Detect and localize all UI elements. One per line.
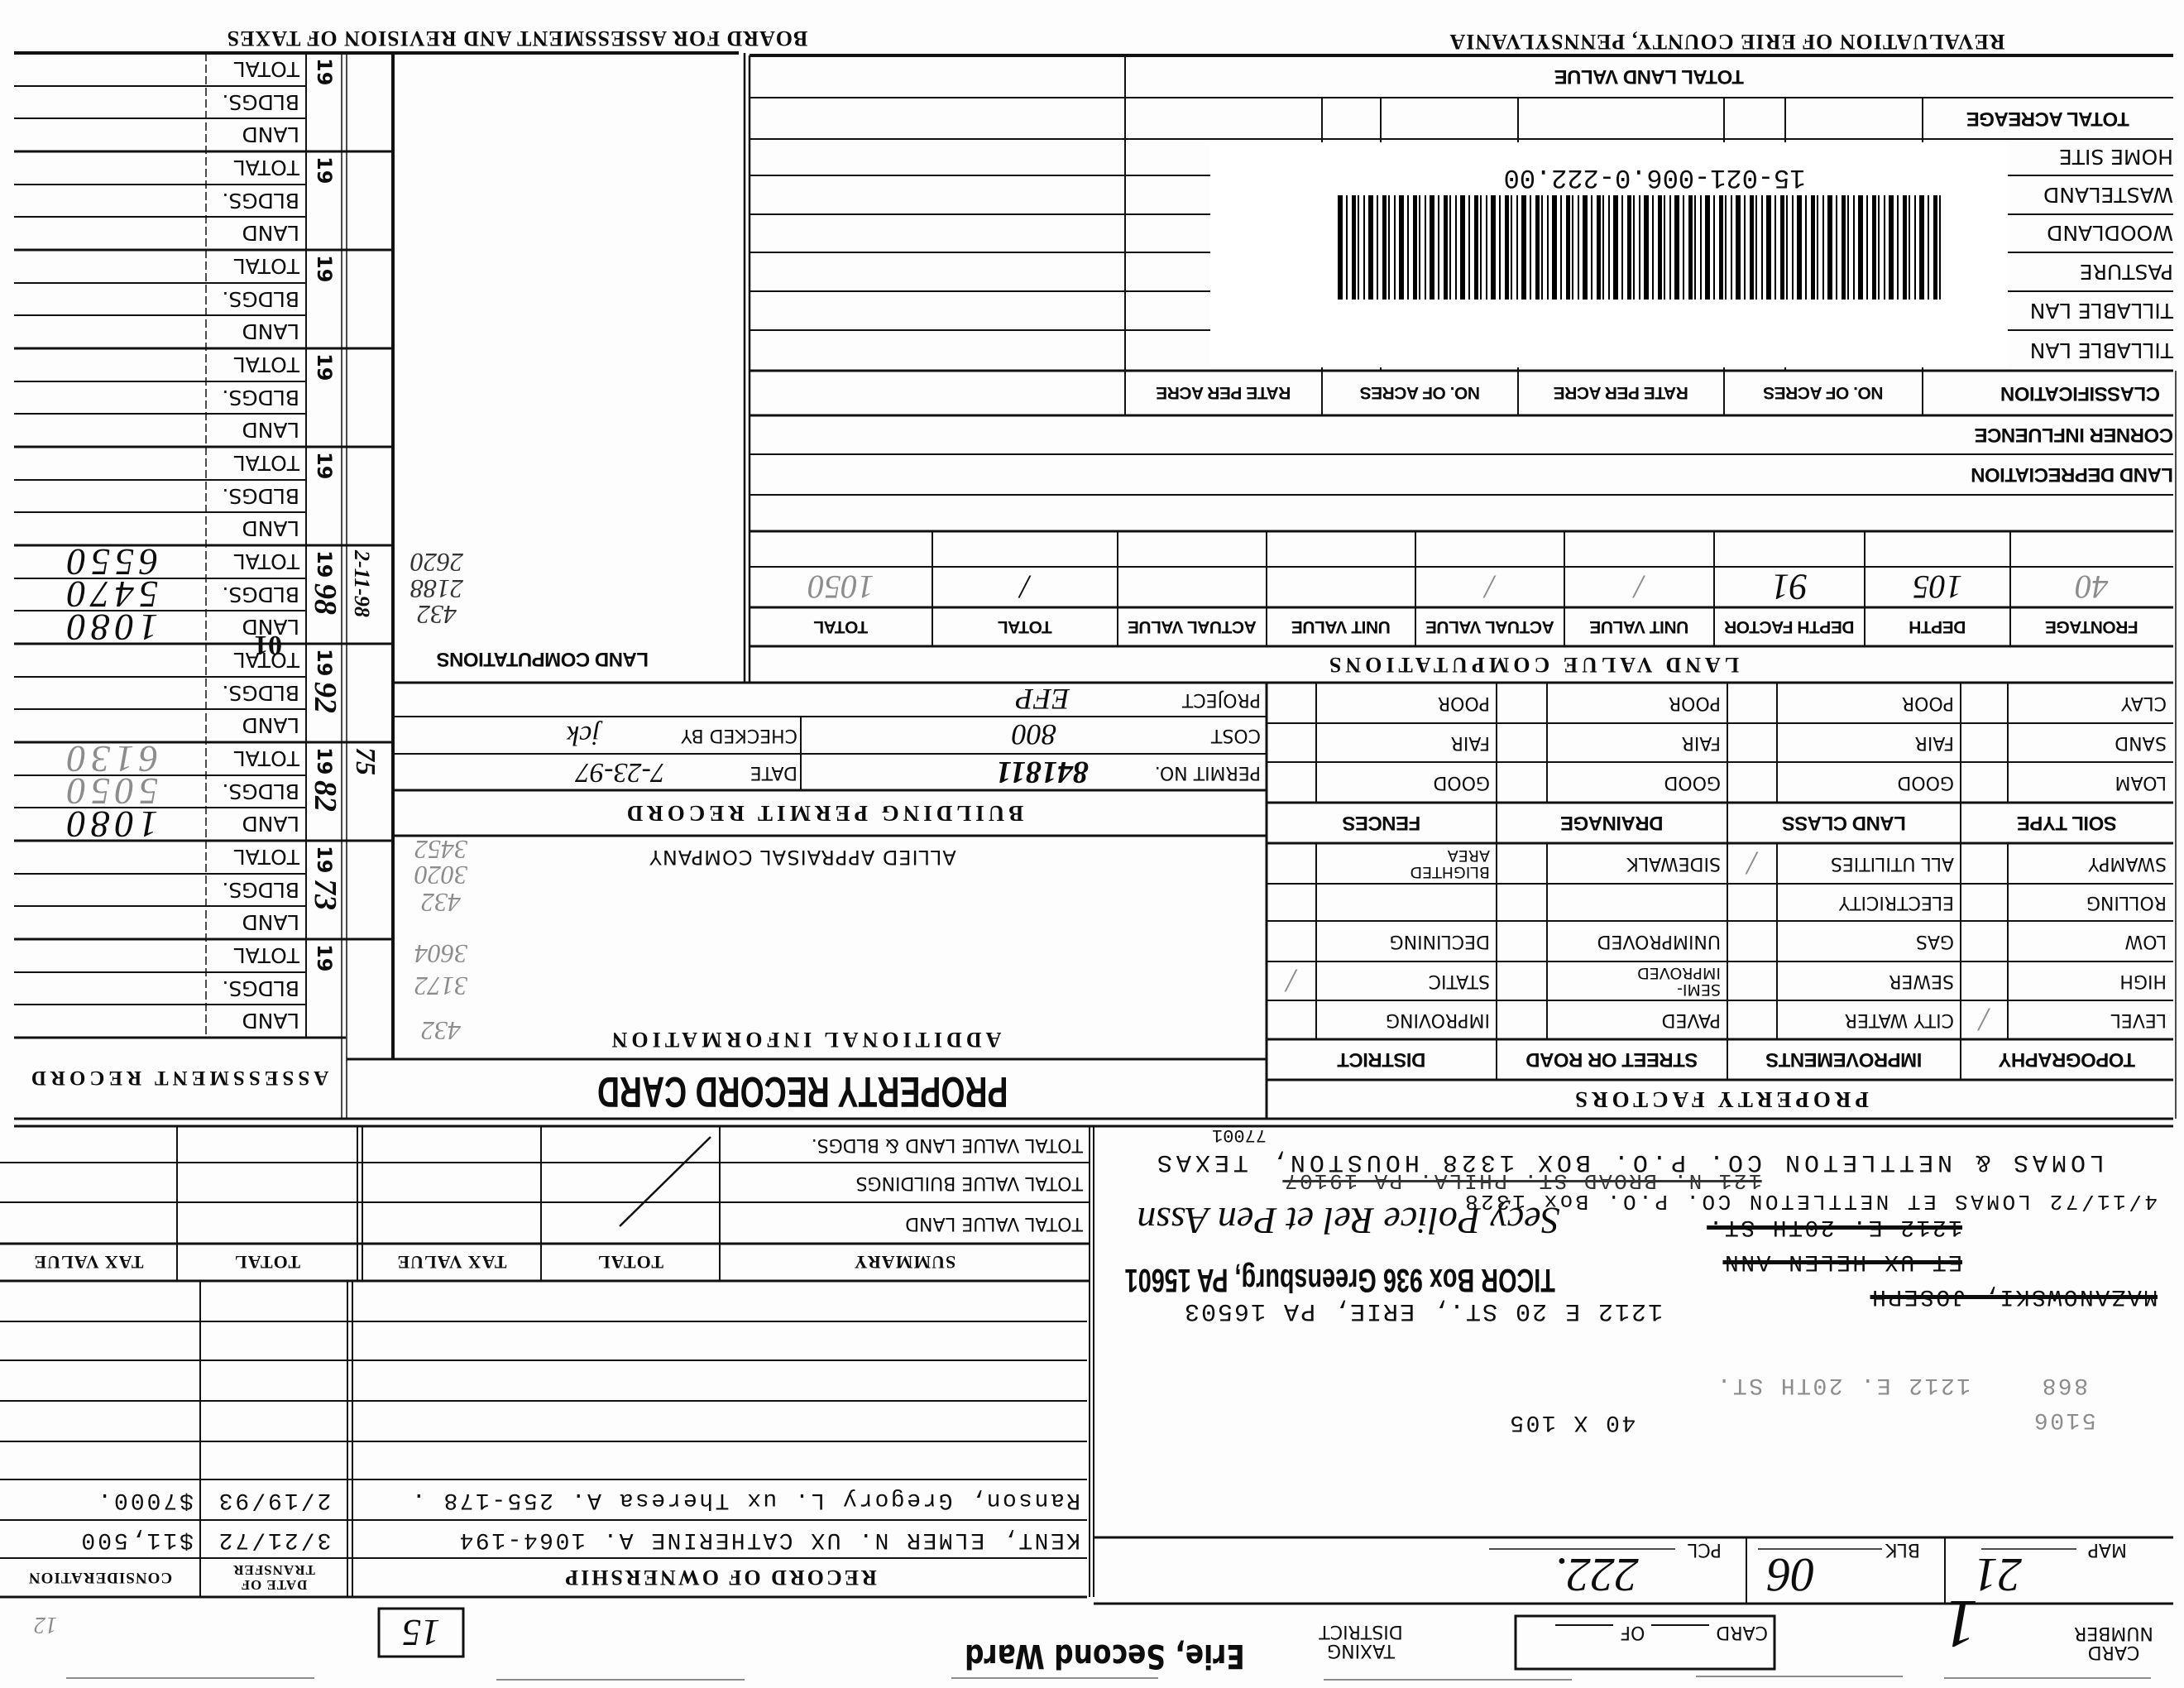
assessment-value-bldgs	[14, 381, 206, 414]
classification-row-tillable: TILLABLE LAN	[1969, 330, 2173, 371]
street-semi-improved: SEMI- IMPROVED	[1547, 961, 1727, 1000]
assessment-value-total	[14, 447, 206, 480]
assessment-label-bldgs: BLDGS.	[206, 86, 306, 118]
assessment-value-total	[14, 644, 206, 677]
topography-high: HIGH	[2008, 961, 2173, 1000]
owner-row-kent: KENT, ELMER N. UX CATHERINE A. 1064-194	[352, 1520, 1087, 1558]
total-header: TOTAL	[750, 607, 932, 646]
summary-header: SUMMARY	[720, 1244, 1090, 1281]
land-computations-title: LAND COMPUTATIONS	[397, 644, 688, 674]
mailing-handwritten-note: Secy Police Rel et Pen Assn	[1092, 1192, 1605, 1249]
assessment-value-total	[14, 348, 206, 381]
consideration: $7000.	[0, 1479, 200, 1520]
assessment-value-bldgs	[14, 283, 206, 315]
frontage-value: 40	[2010, 567, 2173, 607]
land-value-computations-title: LAND VALUE COMPUTATIONS	[1241, 646, 1823, 683]
street-paved: PAVED	[1547, 1000, 1727, 1039]
land-class-header: LAND CLASS	[1727, 803, 1961, 843]
assessment-value-bldgs	[14, 874, 206, 906]
assessment-label-land: LAND	[206, 906, 306, 939]
assessment-label-total: TOTAL	[206, 151, 306, 185]
depth-factor-value: 91	[1714, 567, 1865, 607]
assessment-value-total	[14, 250, 206, 283]
summary-total-header: TOTAL	[541, 1244, 720, 1281]
classification-header: CLASSIFICATION	[1923, 371, 2173, 415]
ownership-title: RECORD OF OWNERSHIP	[352, 1558, 1087, 1597]
assessment-label-land: LAND	[206, 414, 306, 447]
assessment-mark: 01	[245, 629, 291, 660]
additional-figure: 3604	[395, 941, 486, 967]
improvements-city-water: CITY WATER	[1777, 1000, 1961, 1039]
summary-tax-value-header: TAX VALUE	[0, 1244, 177, 1281]
ticor-stamp-text: TICOR Box 936 Greensburg, PA 15601	[1125, 1262, 1555, 1299]
assessment-label-land: LAND	[206, 808, 306, 841]
district-declining: DECLINING	[1316, 921, 1497, 961]
unit-value-header: UNIT VALUE	[1267, 607, 1415, 646]
assessment-label-bldgs: BLDGS.	[206, 874, 306, 906]
depth-header: DEPTH	[1865, 607, 2010, 646]
assessment-value-land: 1080	[14, 808, 206, 841]
summary-row-buildings: TOTAL VALUE BUILDINGS	[720, 1163, 1090, 1202]
summary-total-header: TOTAL	[177, 1244, 357, 1281]
assessment-value-land	[14, 709, 206, 742]
pcl-value: 222.	[1514, 1546, 1679, 1604]
street-blank	[1547, 884, 1727, 921]
location-street: 1212 E. 20TH ST.	[1696, 1369, 1977, 1399]
assessment-date: 2-11-98	[351, 550, 372, 617]
fences-fair: FAIR	[1316, 723, 1497, 762]
assessment-label-land: LAND	[206, 709, 306, 742]
assessment-label-total: TOTAL	[206, 348, 306, 381]
assessment-label-total: TOTAL	[206, 447, 306, 480]
additional-information-title: ADDITIONAL INFORMATION	[579, 1023, 1030, 1056]
assessment-label-land: LAND	[206, 118, 306, 151]
land-computation-figure: 2188	[395, 576, 478, 602]
topography-low: LOW	[2008, 921, 2173, 961]
transfer-date: 3/21/72	[200, 1520, 347, 1558]
taxing-district-value: Erie, Second Ward	[965, 1637, 1245, 1675]
assessment-record-title: ASSESSMENT RECORD	[14, 1057, 342, 1099]
drainage-poor: POOR	[1547, 683, 1727, 723]
assessment-label-total: TOTAL	[206, 841, 306, 874]
improvements-electricity: ELECTRICITY	[1777, 884, 1961, 921]
transfer-date: 2/19/93	[200, 1479, 347, 1520]
improvements-header: IMPROVEMENTS	[1727, 1039, 1961, 1080]
actual-value-header: ACTUAL VALUE	[1118, 607, 1267, 646]
improvements-gas: GAS	[1777, 921, 1961, 961]
permit-date-value: 7-23-97	[546, 754, 695, 790]
assessment-label-bldgs: BLDGS.	[206, 578, 306, 611]
card-of-blank	[1651, 1624, 1709, 1639]
assessment-value-total	[14, 53, 206, 86]
depth-value: 105	[1865, 567, 2010, 607]
assessment-value-total	[14, 151, 206, 185]
year-prefix: 19	[314, 156, 334, 184]
drainage-header: DRAINAGE	[1497, 803, 1727, 843]
taxing-district: Erie, Second Ward	[935, 1634, 1274, 1677]
revaluation-title: REVALUATION OF ERIE COUNTY, PENNSYLVANIA	[1390, 26, 2064, 56]
district-static: STATIC	[1316, 961, 1497, 1000]
assessment-value-land	[14, 906, 206, 939]
district-blighted-area: BLIGHTED AREA	[1316, 843, 1497, 884]
year-prefix: 19	[314, 649, 334, 676]
assessment-label-total: TOTAL	[206, 53, 306, 86]
project-value: EFP	[968, 683, 1117, 717]
district-blank	[1316, 884, 1497, 921]
assessment-value-bldgs	[14, 480, 206, 512]
assessment-value-total	[14, 841, 206, 874]
assessment-year: 73	[309, 879, 341, 910]
ticor-stamp: TICOR Box 936 Greensburg, PA 15601	[1092, 1261, 1588, 1299]
assessment-value-land	[14, 217, 206, 250]
blk-value: 06	[1746, 1546, 1837, 1604]
actual-value-value: /	[1415, 567, 1564, 607]
district-header: DISTRICT	[1267, 1039, 1497, 1080]
checked-by-label: CHECKED BY	[692, 717, 801, 754]
card-of-of-label: OF	[1620, 1623, 1645, 1641]
owner-spouse-struck: ET UX HELEN ANN	[1696, 1246, 1969, 1276]
corner-influence-label: CORNER INFLUENCE	[1820, 415, 2173, 454]
street-sidewalk: SIDEWALK	[1547, 843, 1727, 884]
assessment-value-land	[14, 414, 206, 447]
topography-rolling: ROLLING	[2008, 884, 2173, 921]
assessment-label-total: TOTAL	[206, 742, 306, 775]
permit-no-value: 841811	[968, 754, 1117, 790]
date-of-transfer-header: DATE OF TRANSFER	[200, 1558, 347, 1597]
total-header: TOTAL	[932, 607, 1118, 646]
assessment-year: 92	[309, 682, 341, 713]
frontage-header: FRONTAGE	[2010, 607, 2173, 646]
map-label: MAP	[2027, 1537, 2173, 1561]
additional-figure: 3020	[395, 862, 486, 889]
assessment-label-land: LAND	[206, 315, 306, 348]
assessment-label-land: LAND	[206, 217, 306, 250]
summary-tax-value-header: TAX VALUE	[362, 1244, 541, 1281]
classification-row-home-site: HOME SITE	[1969, 139, 2173, 175]
actual-value-header: ACTUAL VALUE	[1415, 607, 1564, 646]
location-house-code: 868	[2019, 1369, 2110, 1399]
permit-date-label: DATE	[728, 754, 801, 790]
land-computation-figure: 2620	[395, 549, 478, 576]
assessment-value-land	[14, 315, 206, 348]
improvements-all-utilities: ALL UTILITIES	[1777, 843, 1961, 884]
unit-value-header: UNIT VALUE	[1564, 607, 1714, 646]
assessment-label-bldgs: BLDGS.	[206, 775, 306, 808]
assessment-value-total	[14, 939, 206, 972]
topography-header: TOPOGRAPHY	[1961, 1039, 2173, 1080]
building-permit-title: BUILDING PERMIT RECORD	[579, 790, 1067, 836]
summary-row-land-bldgs: TOTAL VALUE LAND & BLDGS.	[720, 1126, 1090, 1163]
permit-no-label: PERMIT NO.	[1118, 754, 1264, 790]
assessment-year: 82	[309, 780, 341, 812]
year-prefix: 19	[314, 747, 334, 774]
mailing-current-address: 1212 E 20 ST., ERIE, PA 16503	[1158, 1295, 1688, 1326]
corner-note: 12	[25, 1612, 66, 1637]
no-of-acres-header: NO. OF ACRES	[1724, 371, 1923, 415]
owner-name-struck: MAZANOWSKI, JOSEPH	[1696, 1281, 2167, 1311]
street-unimproved: UNIMPROVED	[1547, 921, 1727, 961]
soil-type-clay: CLAY	[2008, 683, 2173, 723]
total-land-value-label: TOTAL LAND VALUE	[1125, 55, 2173, 98]
fences-poor: POOR	[1316, 683, 1497, 723]
street-or-road-header: STREET OR ROAD	[1497, 1039, 1727, 1080]
year-prefix: 19	[314, 846, 334, 873]
unit-value-value: /	[1564, 567, 1714, 607]
year-prefix: 19	[314, 452, 334, 479]
land-class-poor: POOR	[1777, 683, 1961, 723]
additional-figure: 432	[395, 1018, 486, 1044]
card-title: PROPERTY RECORD CARD	[529, 1066, 1075, 1117]
assessment-value-bldgs	[14, 86, 206, 118]
assessment-label-land: LAND	[206, 512, 306, 545]
rate-per-acre-header: RATE PER ACRE	[1125, 371, 1322, 415]
assessment-value-bldgs	[14, 677, 206, 709]
assessment-date: 75	[351, 747, 379, 775]
soil-type-loam: LOAM	[2008, 762, 2173, 803]
total-value: /	[932, 567, 1118, 607]
check-mark-level: /	[1961, 1000, 2008, 1039]
cost-value: 800	[960, 717, 1109, 754]
board-title: BOARD FOR ASSESSMENT AND REVISION OF TAX…	[165, 23, 869, 53]
fences-header: FENCES	[1267, 803, 1497, 843]
consideration-header: CONSIDERATION	[0, 1558, 200, 1597]
assessment-label-bldgs: BLDGS.	[206, 283, 306, 315]
barcode-icon	[1338, 195, 1944, 300]
summary-row-land: TOTAL VALUE LAND	[720, 1202, 1090, 1244]
soil-type-sand: SAND	[2008, 723, 2173, 762]
cost-label: COST	[1118, 717, 1264, 754]
rate-per-acre-header: RATE PER ACRE	[1518, 371, 1724, 415]
land-class-fair: FAIR	[1777, 723, 1961, 762]
taxing-district-label: TAXING DISTRICT	[1291, 1620, 1431, 1662]
check-mark-static: /	[1267, 961, 1316, 1000]
assessment-year: 98	[309, 583, 341, 615]
card-of-total-blank	[1555, 1624, 1613, 1639]
year-prefix: 19	[314, 550, 334, 578]
unit-value-value	[1267, 567, 1415, 607]
soil-type-header: SOIL TYPE	[1961, 803, 2173, 843]
district-improving: IMPROVING	[1316, 1000, 1497, 1039]
year-prefix: 19	[314, 944, 334, 971]
classification-row-wasteland: WASTELAND	[1969, 175, 2173, 214]
assessment-value-land: 1080	[14, 611, 206, 644]
assessment-label-bldgs: BLDGS.	[206, 381, 306, 414]
depth-factor-header: DEPTH FACTOR	[1714, 607, 1865, 646]
drainage-good: GOOD	[1547, 762, 1727, 803]
no-of-acres-header: NO. OF ACRES	[1322, 371, 1518, 415]
drainage-fair: FAIR	[1547, 723, 1727, 762]
assessment-label-total: TOTAL	[206, 545, 306, 578]
assessment-label-bldgs: BLDGS.	[206, 185, 306, 217]
topography-swampy: SWAMPY	[2008, 843, 2173, 884]
assessment-value-land	[14, 1005, 206, 1038]
assessment-label-total: TOTAL	[206, 939, 306, 972]
card-title-text: PROPERTY RECORD CARD	[597, 1067, 1008, 1116]
classification-row-woodland: WOODLAND	[1969, 214, 2173, 252]
card-number-value: 1	[1940, 1585, 1981, 1663]
card-of-card-label: CARD	[1716, 1623, 1768, 1641]
lot-size: 40 X 105	[1506, 1407, 1638, 1436]
land-computation-figure: 432	[395, 602, 478, 628]
year-prefix: 19	[314, 255, 334, 282]
lot-code: 5106	[2019, 1404, 2110, 1434]
classification-row-tillable: TILLABLE LAN	[1969, 291, 2173, 330]
blk-label: BLK	[1870, 1537, 1945, 1561]
assessment-value-land	[14, 512, 206, 545]
additional-figure: 3172	[395, 973, 486, 1000]
assessment-value-bldgs	[14, 185, 206, 217]
check-mark-all-utilities: /	[1727, 843, 1777, 884]
owner-row-ranson: Ranson, Gregory L. ux Theresa A. 255-178…	[352, 1479, 1087, 1520]
actual-value-value	[1118, 567, 1267, 607]
card-of-field: CARDOF	[1519, 1618, 1771, 1646]
assessment-value-bldgs	[14, 972, 206, 1005]
property-record-card: BOARD FOR ASSESSMENT AND REVISION OF TAX…	[0, 0, 2184, 1688]
owner-address-struck: 1212 E. 20TH ST.	[1696, 1211, 1969, 1241]
assessment-label-land: LAND	[206, 1005, 306, 1038]
total-acreage-label: TOTAL ACREAGE	[1923, 98, 2173, 139]
assessment-label-bldgs: BLDGS.	[206, 972, 306, 1005]
assessment-label-bldgs: BLDGS.	[206, 480, 306, 512]
assessment-label-bldgs: BLDGS.	[206, 677, 306, 709]
assessment-value-land	[14, 118, 206, 151]
land-depreciation-label: LAND DEPRECIATION	[1820, 454, 2173, 495]
appraiser-name: ALLIED APPRAISAL COMPANY	[579, 842, 1026, 872]
property-factors-title: PROPERTY FACTORS	[1267, 1080, 2173, 1119]
total-value: 1050	[750, 567, 932, 607]
classification-row-pasture: PASTURE	[1969, 252, 2173, 291]
card-number-label: CARD NUMBER	[2060, 1620, 2167, 1665]
project-label: PROJECT	[1118, 683, 1264, 717]
consideration: $11,500	[0, 1520, 200, 1558]
checked-by-value: jck	[529, 717, 637, 754]
boxed-number: 15	[379, 1609, 463, 1657]
land-class-good: GOOD	[1777, 762, 1961, 803]
fences-good: GOOD	[1316, 762, 1497, 803]
parcel-barcode-number: 15-021-006.0-222.00	[1406, 162, 1903, 192]
improvements-sewer: SEWER	[1777, 961, 1961, 1000]
additional-figure: 3452	[395, 837, 486, 863]
year-prefix: 19	[314, 58, 334, 85]
additional-figure: 432	[395, 890, 486, 916]
mailing-zip: 77001	[1206, 1121, 1272, 1148]
year-prefix: 19	[314, 353, 334, 381]
topography-level: LEVEL	[2008, 1000, 2173, 1039]
assessment-label-total: TOTAL	[206, 250, 306, 283]
